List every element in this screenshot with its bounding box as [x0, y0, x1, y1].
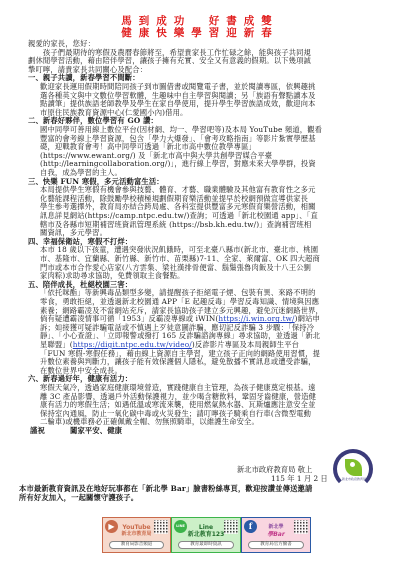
- banner-pill: 教育局影音頻道: [109, 541, 164, 549]
- line-banner[interactable]: LINE Line 新北教育123 教育最即時資訊: [171, 517, 241, 553]
- digit-link[interactable]: https://digit.ntpc.edu.tw/video/: [73, 340, 192, 349]
- banner-subtitle: 學Bar: [252, 531, 300, 538]
- facebook-banner[interactable]: f 新北學 學Bar 教育局官方臉書: [241, 517, 311, 553]
- title-line-1: 馬到成功 好書成雙: [0, 15, 400, 27]
- section-5-text: )反詐影片專區及本局親師生平台: [192, 340, 299, 349]
- section-5-text: 星聯盟」(: [40, 340, 73, 349]
- closing-wish: 闔家平安、健康: [70, 427, 122, 436]
- banner-subtitle: 新北市教育局: [113, 531, 160, 538]
- logo-text: 新北市政府教育局: [339, 477, 369, 481]
- banner-subtitle: 新北教育123: [182, 531, 230, 538]
- iwin-link[interactable]: https://i.win.org.tw/: [218, 314, 294, 323]
- education-bureau-logo: 新北市政府教育局: [333, 449, 373, 489]
- section-5-text: )網站申: [295, 314, 320, 323]
- footer-line: 所有好友加入，一起關懷守護孩子。: [19, 494, 138, 503]
- person-icon: [350, 462, 355, 467]
- youtube-banner[interactable]: ▶ YouTube 新北市教育局 教育局影音頻道: [102, 517, 171, 553]
- section-5-text: 倘有疑遭霸凌情事可循「1953」反霸凌專線或 iWIN(: [40, 314, 218, 323]
- banner-title: Line: [188, 524, 224, 531]
- banner-pill: 教育最即時資訊: [178, 541, 234, 549]
- banner-pill: 教育局官方臉書: [248, 541, 304, 549]
- signature-date: 115 年 1 月 2 日: [271, 475, 328, 484]
- banner-title: YouTube: [119, 524, 154, 531]
- title-line-2: 健康快樂學習迎新春: [0, 27, 400, 39]
- document-page: 馬到成功 好書成雙 健康快樂學習迎新春 親愛的家長，您好： 孩子們最期待的寒假及…: [0, 0, 400, 566]
- closing-salute: 謹祝: [30, 427, 45, 436]
- banner-title: 新北學: [258, 524, 294, 531]
